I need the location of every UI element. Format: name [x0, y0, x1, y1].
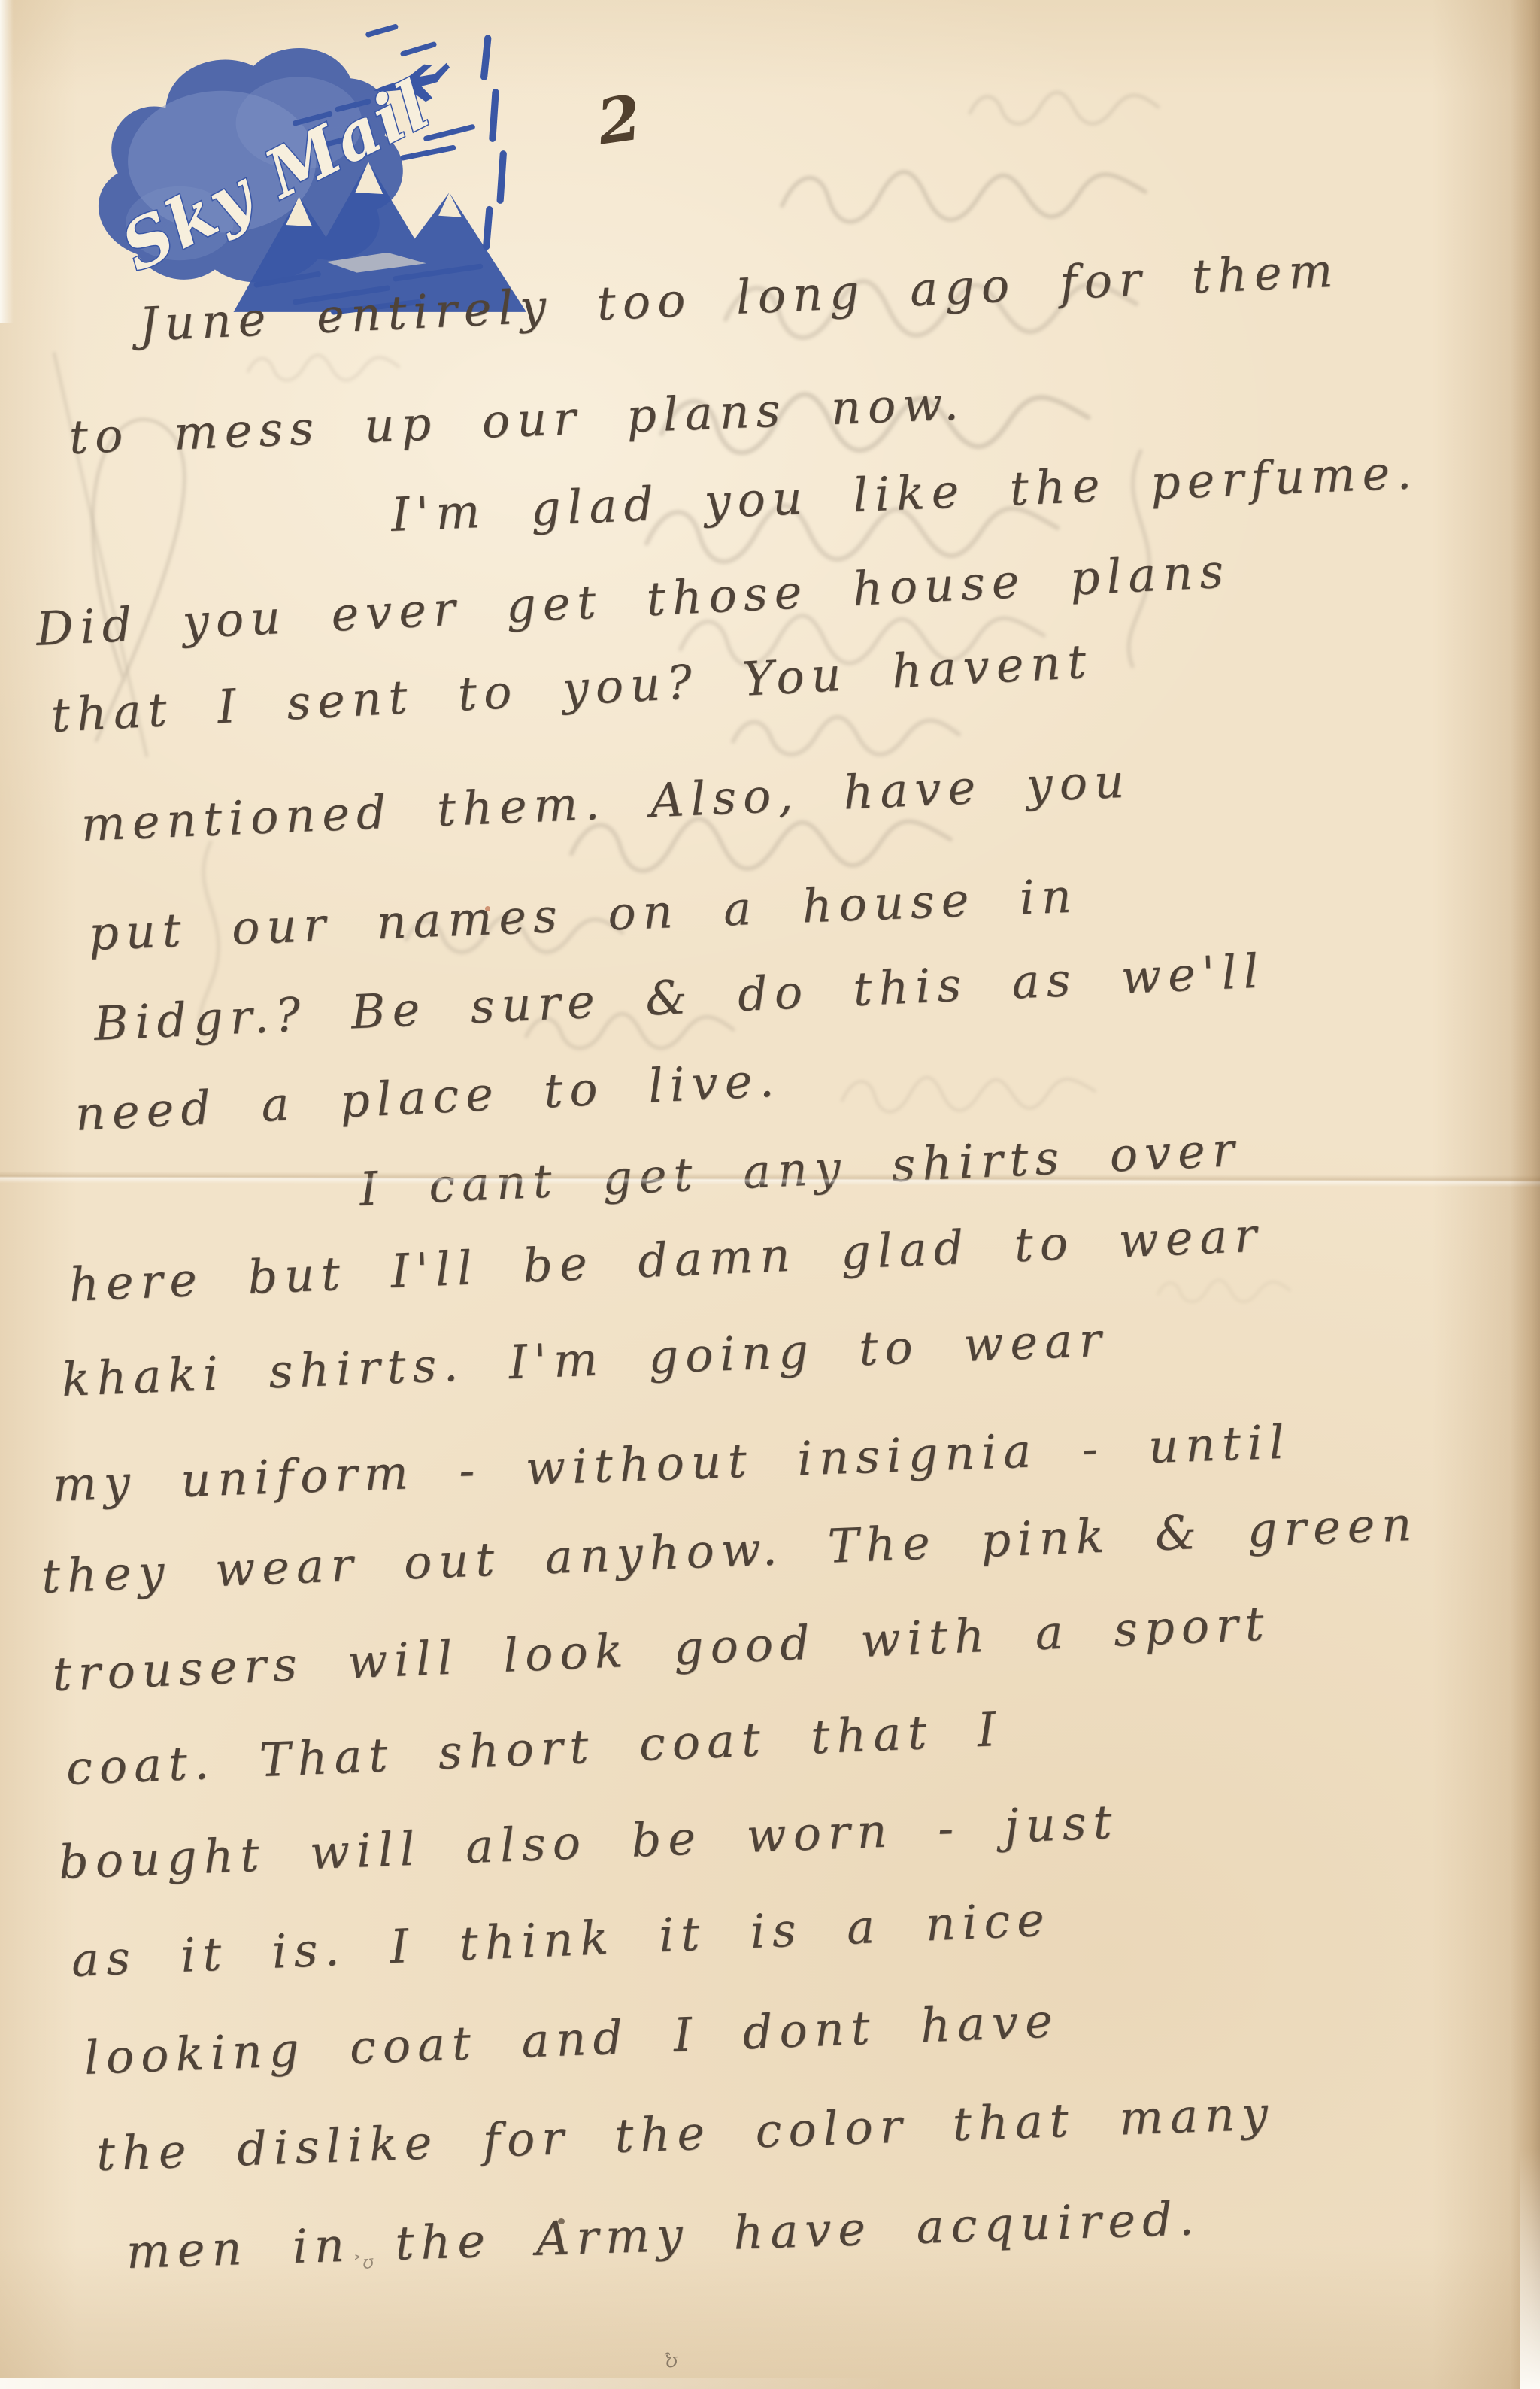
stray-ink-mark: ˃ʊ — [353, 2251, 375, 2275]
page-edge-right — [1510, 0, 1540, 2389]
streak-cluster — [484, 38, 504, 247]
rust-speck — [485, 906, 490, 911]
scan-edge-bottom — [0, 2378, 893, 2389]
scan-edge-bottom-right — [1520, 2148, 1540, 2389]
letter-sheet: Sky Mail 2 June entirely too long ago fo… — [0, 0, 1540, 2389]
skymail-logo: Sky Mail — [64, 8, 526, 316]
stray-ink-mark: ͒ʊ — [665, 2349, 678, 2372]
ink-speck — [558, 2218, 565, 2224]
scan-edge-top-left — [0, 0, 14, 323]
